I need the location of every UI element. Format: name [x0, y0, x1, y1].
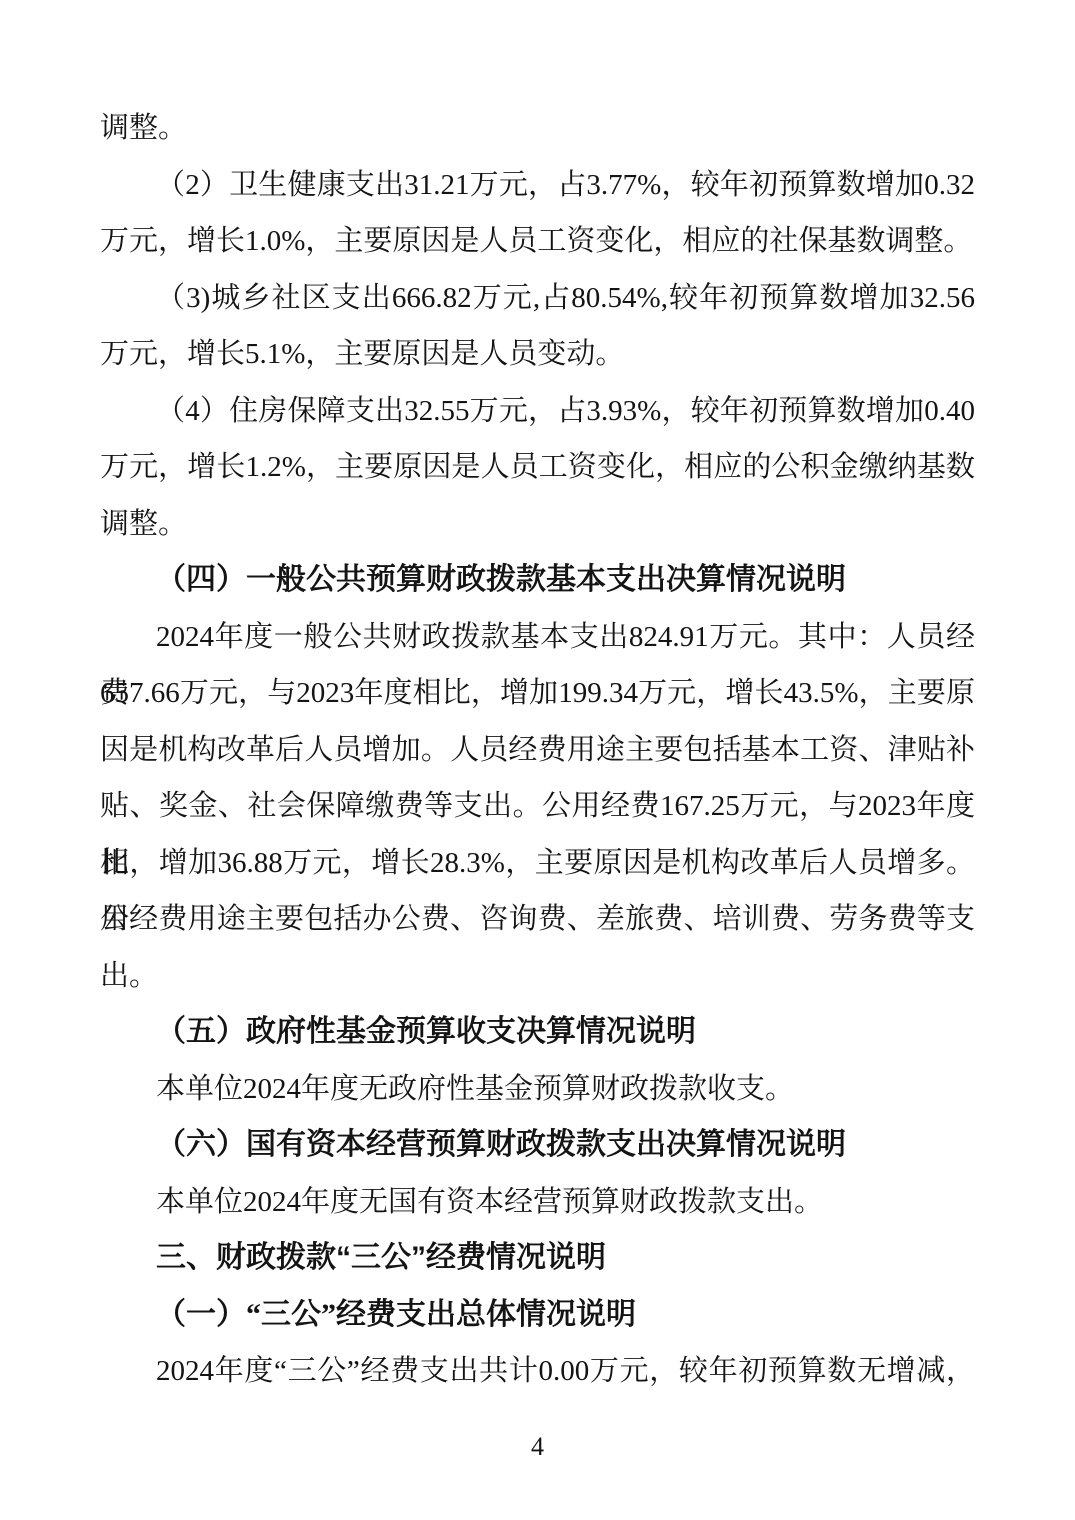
section-heading: （五）政府性基金预算收支决算情况说明	[100, 1004, 975, 1061]
page-number: 4	[0, 1430, 1075, 1464]
paragraph-line: （4）住房保障支出32.55万元，占3.93%，较年初预算数增加0.40	[100, 383, 975, 440]
paragraph-line: 调整。	[100, 496, 975, 553]
paragraph-line: （3)城乡社区支出666.82万元,占80.54%,较年初预算数增加32.56	[100, 270, 975, 327]
paragraph-line: 因是机构改革后人员增加。人员经费用途主要包括基本工资、津贴补	[100, 722, 975, 779]
section-heading: （四）一般公共预算财政拨款基本支出决算情况说明	[100, 552, 975, 609]
section-heading: （一）“三公”经费支出总体情况说明	[100, 1287, 975, 1344]
paragraph-line: 2024年度一般公共财政拨款基本支出824.91万元。其中：人员经费	[100, 609, 975, 666]
paragraph-line: 贴、奖金、社会保障缴费等支出。公用经费167.25万元，与2023年度相	[100, 778, 975, 835]
paragraph-line: 万元，增长1.2%，主要原因是人员工资变化，相应的公积金缴纳基数	[100, 439, 975, 496]
paragraph-line: 本单位2024年度无政府性基金预算财政拨款收支。	[100, 1061, 975, 1118]
paragraph-line: 本单位2024年度无国有资本经营预算财政拨款支出。	[100, 1174, 975, 1231]
paragraph-line: 2024年度“三公”经费支出共计0.00万元，较年初预算数无增减，	[100, 1343, 975, 1400]
paragraph-line: 调整。	[100, 100, 975, 157]
paragraph-line: 出。	[100, 948, 975, 1005]
document-page: 调整。 （2）卫生健康支出31.21万元，占3.77%，较年初预算数增加0.32…	[0, 0, 1075, 1520]
paragraph-line: 万元，增长1.0%，主要原因是人员工资变化，相应的社保基数调整。	[100, 213, 975, 270]
paragraph-line: （2）卫生健康支出31.21万元，占3.77%，较年初预算数增加0.32	[100, 157, 975, 214]
document-body: 调整。 （2）卫生健康支出31.21万元，占3.77%，较年初预算数增加0.32…	[100, 100, 975, 1400]
paragraph-line: 万元，增长5.1%，主要原因是人员变动。	[100, 326, 975, 383]
section-heading: （六）国有资本经营预算财政拨款支出决算情况说明	[100, 1117, 975, 1174]
paragraph-line: 用经费用途主要包括办公费、咨询费、差旅费、培训费、劳务费等支	[100, 891, 975, 948]
paragraph-line: 657.66万元，与2023年度相比，增加199.34万元，增长43.5%，主要…	[100, 665, 975, 722]
chapter-heading: 三、财政拨款“三公”经费情况说明	[100, 1230, 975, 1287]
paragraph-line: 比，增加36.88万元，增长28.3%，主要原因是机构改革后人员增多。公	[100, 835, 975, 892]
